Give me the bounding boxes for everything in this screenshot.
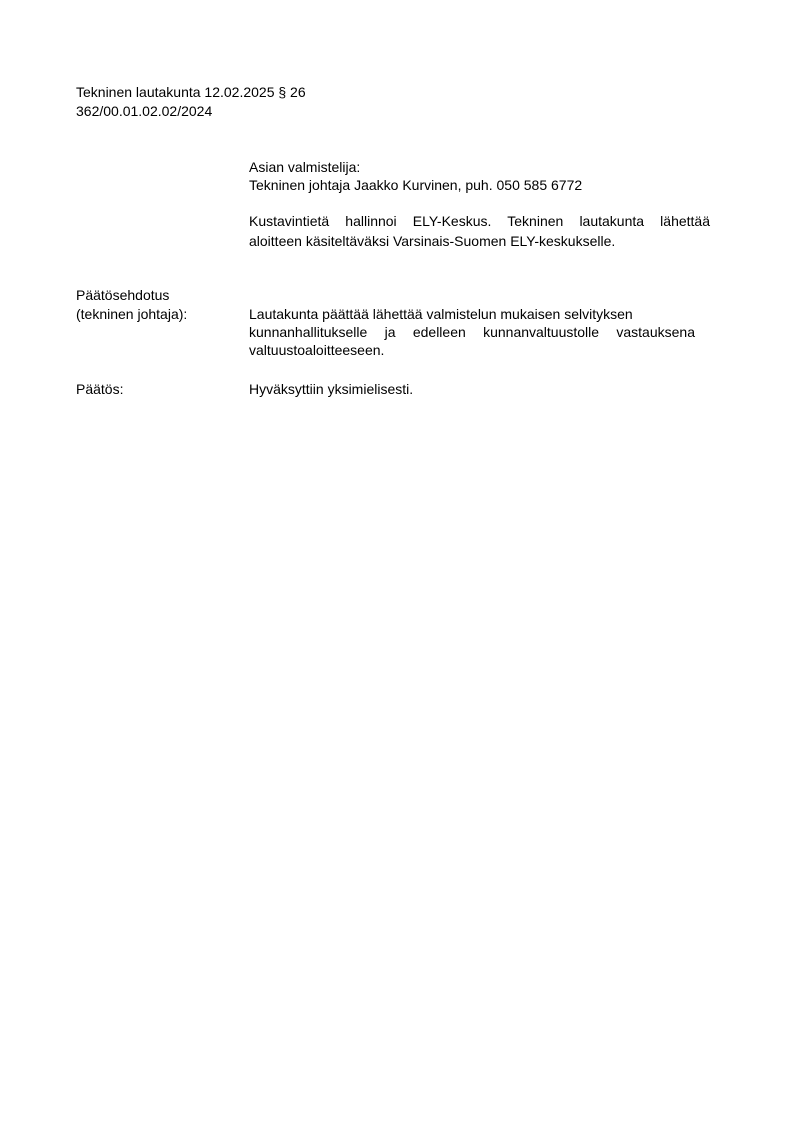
proposal-label-line-2: (tekninen johtaja): — [76, 305, 187, 323]
body-paragraph-line-2: aloitteen käsiteltäväksi Varsinais-Suome… — [249, 232, 615, 250]
preparer-name: Tekninen johtaja Jaakko Kurvinen, puh. 0… — [249, 176, 582, 194]
proposal-label-line-1: Päätösehdotus — [76, 286, 169, 304]
diary-number: 362/00.01.02.02/2024 — [76, 102, 212, 120]
decision-text: Hyväksyttiin yksimielisesti. — [249, 380, 413, 398]
proposal-text-line-2: kunnanhallitukselle ja edelleen kunnanva… — [249, 323, 695, 341]
proposal-text-line-1: Lautakunta päättää lähettää valmistelun … — [249, 305, 633, 323]
body-paragraph-line-1: Kustavintietä hallinnoi ELY-Keskus. Tekn… — [249, 212, 710, 230]
preparer-label: Asian valmistelija: — [249, 158, 360, 176]
decision-label: Päätös: — [76, 380, 123, 398]
proposal-text-line-3: valtuustoaloitteeseen. — [249, 341, 384, 359]
meeting-header: Tekninen lautakunta 12.02.2025 § 26 — [76, 83, 306, 101]
